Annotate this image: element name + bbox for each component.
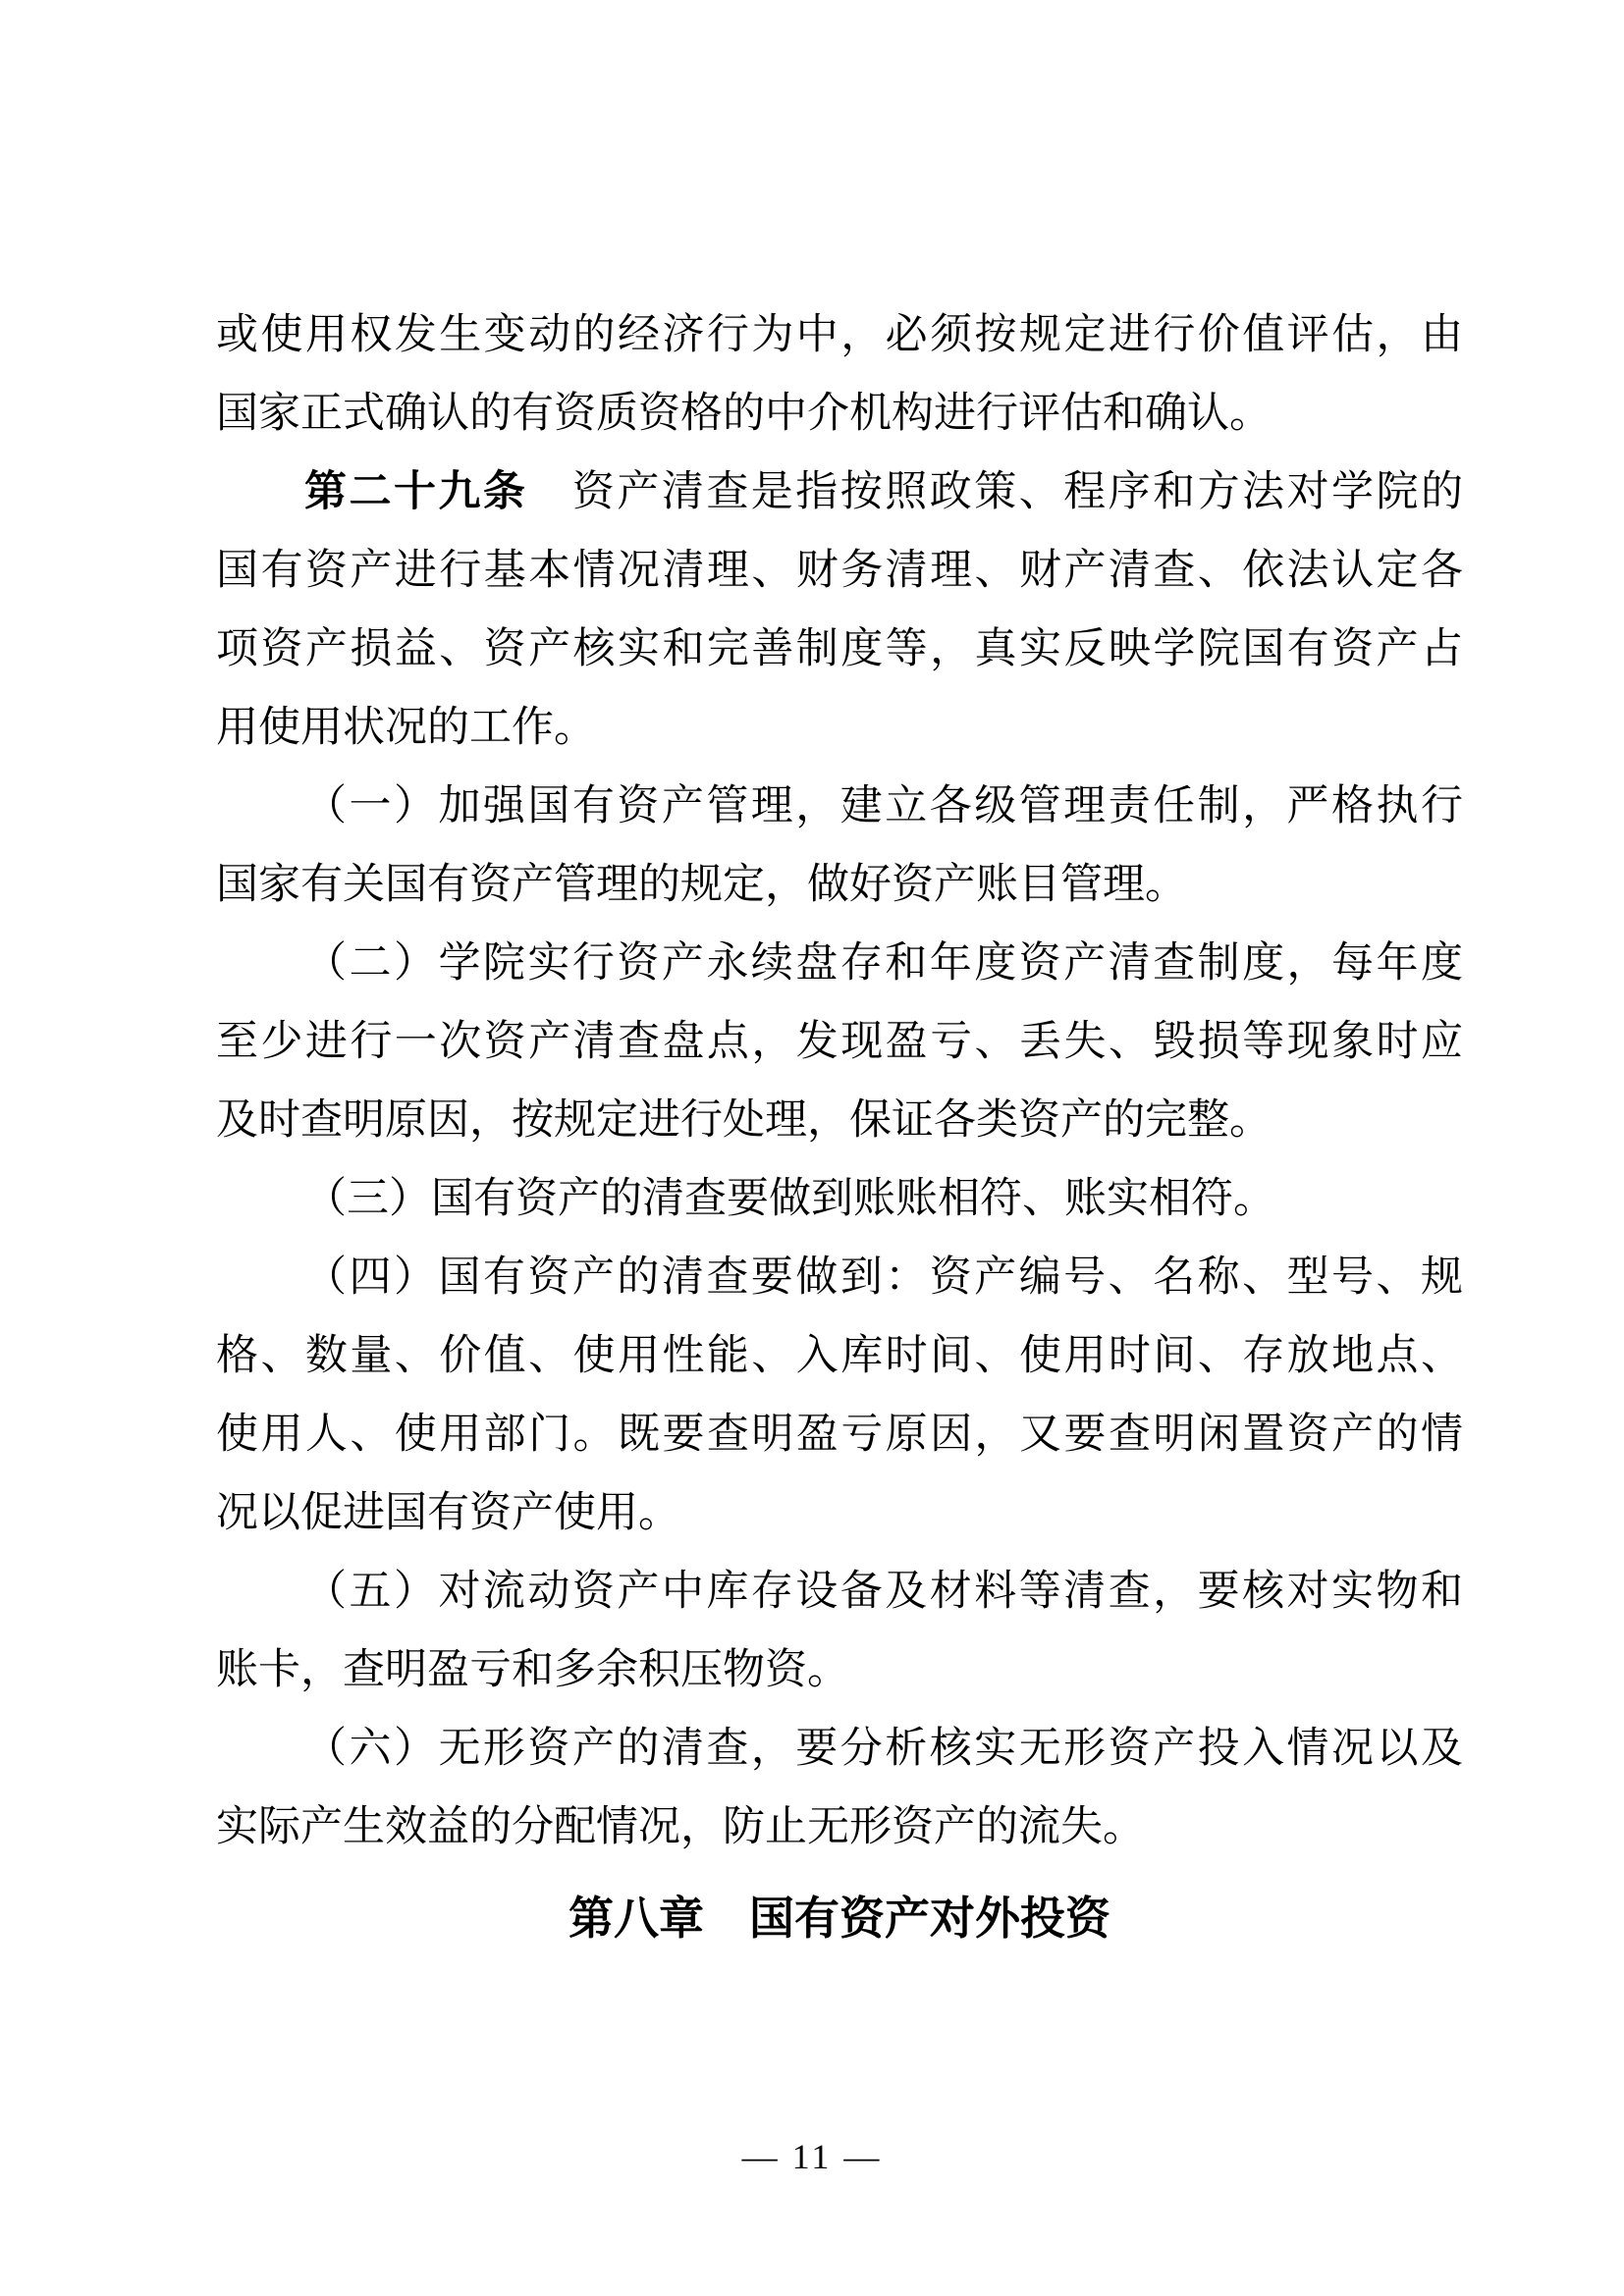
body-text: 及时查明原因，按规定进行处理，保证各类资产的完整。 xyxy=(216,1097,1272,1144)
body-text: （一）加强国有资产管理，建立各级管理责任制，严格执行 xyxy=(304,783,1463,829)
body-line: 用使用状况的工作。 xyxy=(216,689,1463,768)
chapter-heading: 第八章 国有资产对外投资 xyxy=(216,1879,1463,1957)
body-line: 国有资产进行基本情况清理、财务清理、财产清查、依法认定各 xyxy=(216,532,1463,611)
body-line-item-4: （四）国有资产的清查要做到：资产编号、名称、型号、规 xyxy=(216,1239,1463,1317)
body-line-item-2: （二）学院实行资产永续盘存和年度资产清查制度，每年度 xyxy=(216,925,1463,1003)
page-number: — 11 — xyxy=(0,2127,1624,2186)
body-text: （四）国有资产的清查要做到：资产编号、名称、型号、规 xyxy=(304,1255,1463,1301)
body-text: 资产清查是指按照政策、程序和方法对学院的 xyxy=(527,469,1463,515)
body-text: 账卡，查明盈亏和多余积压物资。 xyxy=(216,1647,849,1693)
body-line: 账卡，查明盈亏和多余积压物资。 xyxy=(216,1631,1463,1710)
body-line: 实际产生效益的分配情况，防止无形资产的流失。 xyxy=(216,1789,1463,1867)
body-line: 况以促进国有资产使用。 xyxy=(216,1474,1463,1553)
document-body: 或使用权发生变动的经济行为中，必须按规定进行价值评估，由 国家正式确认的有资质资… xyxy=(216,296,1463,1957)
body-text: 格、数量、价值、使用性能、入库时间、使用时间、存放地点、 xyxy=(216,1333,1463,1379)
document-page: 或使用权发生变动的经济行为中，必须按规定进行价值评估，由 国家正式确认的有资质资… xyxy=(0,0,1624,2296)
body-text: 至少进行一次资产清查盘点，发现盈亏、丢失、毁损等现象时应 xyxy=(216,1019,1463,1065)
body-text: 用使用状况的工作。 xyxy=(216,705,596,751)
body-text: 实际产生效益的分配情况，防止无形资产的流失。 xyxy=(216,1804,1145,1850)
body-text: 况以促进国有资产使用。 xyxy=(216,1490,680,1536)
body-line: 及时查明原因，按规定进行处理，保证各类资产的完整。 xyxy=(216,1082,1463,1160)
body-text: 国家有关国有资产管理的规定，做好资产账目管理。 xyxy=(216,862,1187,908)
body-line-clause-29: 第二十九条 资产清查是指按照政策、程序和方法对学院的 xyxy=(216,454,1463,532)
body-line: 国家正式确认的有资质资格的中介机构进行评估和确认。 xyxy=(216,375,1463,454)
body-text: （六）无形资产的清查，要分析核实无形资产投入情况以及 xyxy=(304,1726,1463,1772)
body-text: 国有资产进行基本情况清理、财务清理、财产清查、依法认定各 xyxy=(216,548,1463,594)
body-line-item-1: （一）加强国有资产管理，建立各级管理责任制，严格执行 xyxy=(216,768,1463,846)
body-line-item-3: （三）国有资产的清查要做到账账相符、账实相符。 xyxy=(216,1160,1463,1239)
body-text: 国家正式确认的有资质资格的中介机构进行评估和确认。 xyxy=(216,391,1272,437)
body-text: （三）国有资产的清查要做到账账相符、账实相符。 xyxy=(304,1176,1275,1222)
body-text: 使用人、使用部门。既要查明盈亏原因，又要查明闲置资产的情 xyxy=(216,1412,1463,1458)
body-text: （五）对流动资产中库存设备及材料等清查，要核对实物和 xyxy=(304,1569,1463,1615)
body-line: 格、数量、价值、使用性能、入库时间、使用时间、存放地点、 xyxy=(216,1317,1463,1396)
body-text: 项资产损益、资产核实和完善制度等，真实反映学院国有资产占 xyxy=(216,626,1463,672)
body-line: 项资产损益、资产核实和完善制度等，真实反映学院国有资产占 xyxy=(216,611,1463,689)
body-text: （二）学院实行资产永续盘存和年度资产清查制度，每年度 xyxy=(304,940,1463,987)
body-line: 至少进行一次资产清查盘点，发现盈亏、丢失、毁损等现象时应 xyxy=(216,1003,1463,1082)
body-line: 或使用权发生变动的经济行为中，必须按规定进行价值评估，由 xyxy=(216,296,1463,375)
body-line-item-6: （六）无形资产的清查，要分析核实无形资产投入情况以及 xyxy=(216,1710,1463,1789)
body-line-item-5: （五）对流动资产中库存设备及材料等清查，要核对实物和 xyxy=(216,1553,1463,1631)
clause-number: 第二十九条 xyxy=(304,469,527,515)
body-line: 使用人、使用部门。既要查明盈亏原因，又要查明闲置资产的情 xyxy=(216,1396,1463,1474)
body-text: 或使用权发生变动的经济行为中，必须按规定进行价值评估，由 xyxy=(216,312,1463,358)
body-line: 国家有关国有资产管理的规定，做好资产账目管理。 xyxy=(216,846,1463,925)
